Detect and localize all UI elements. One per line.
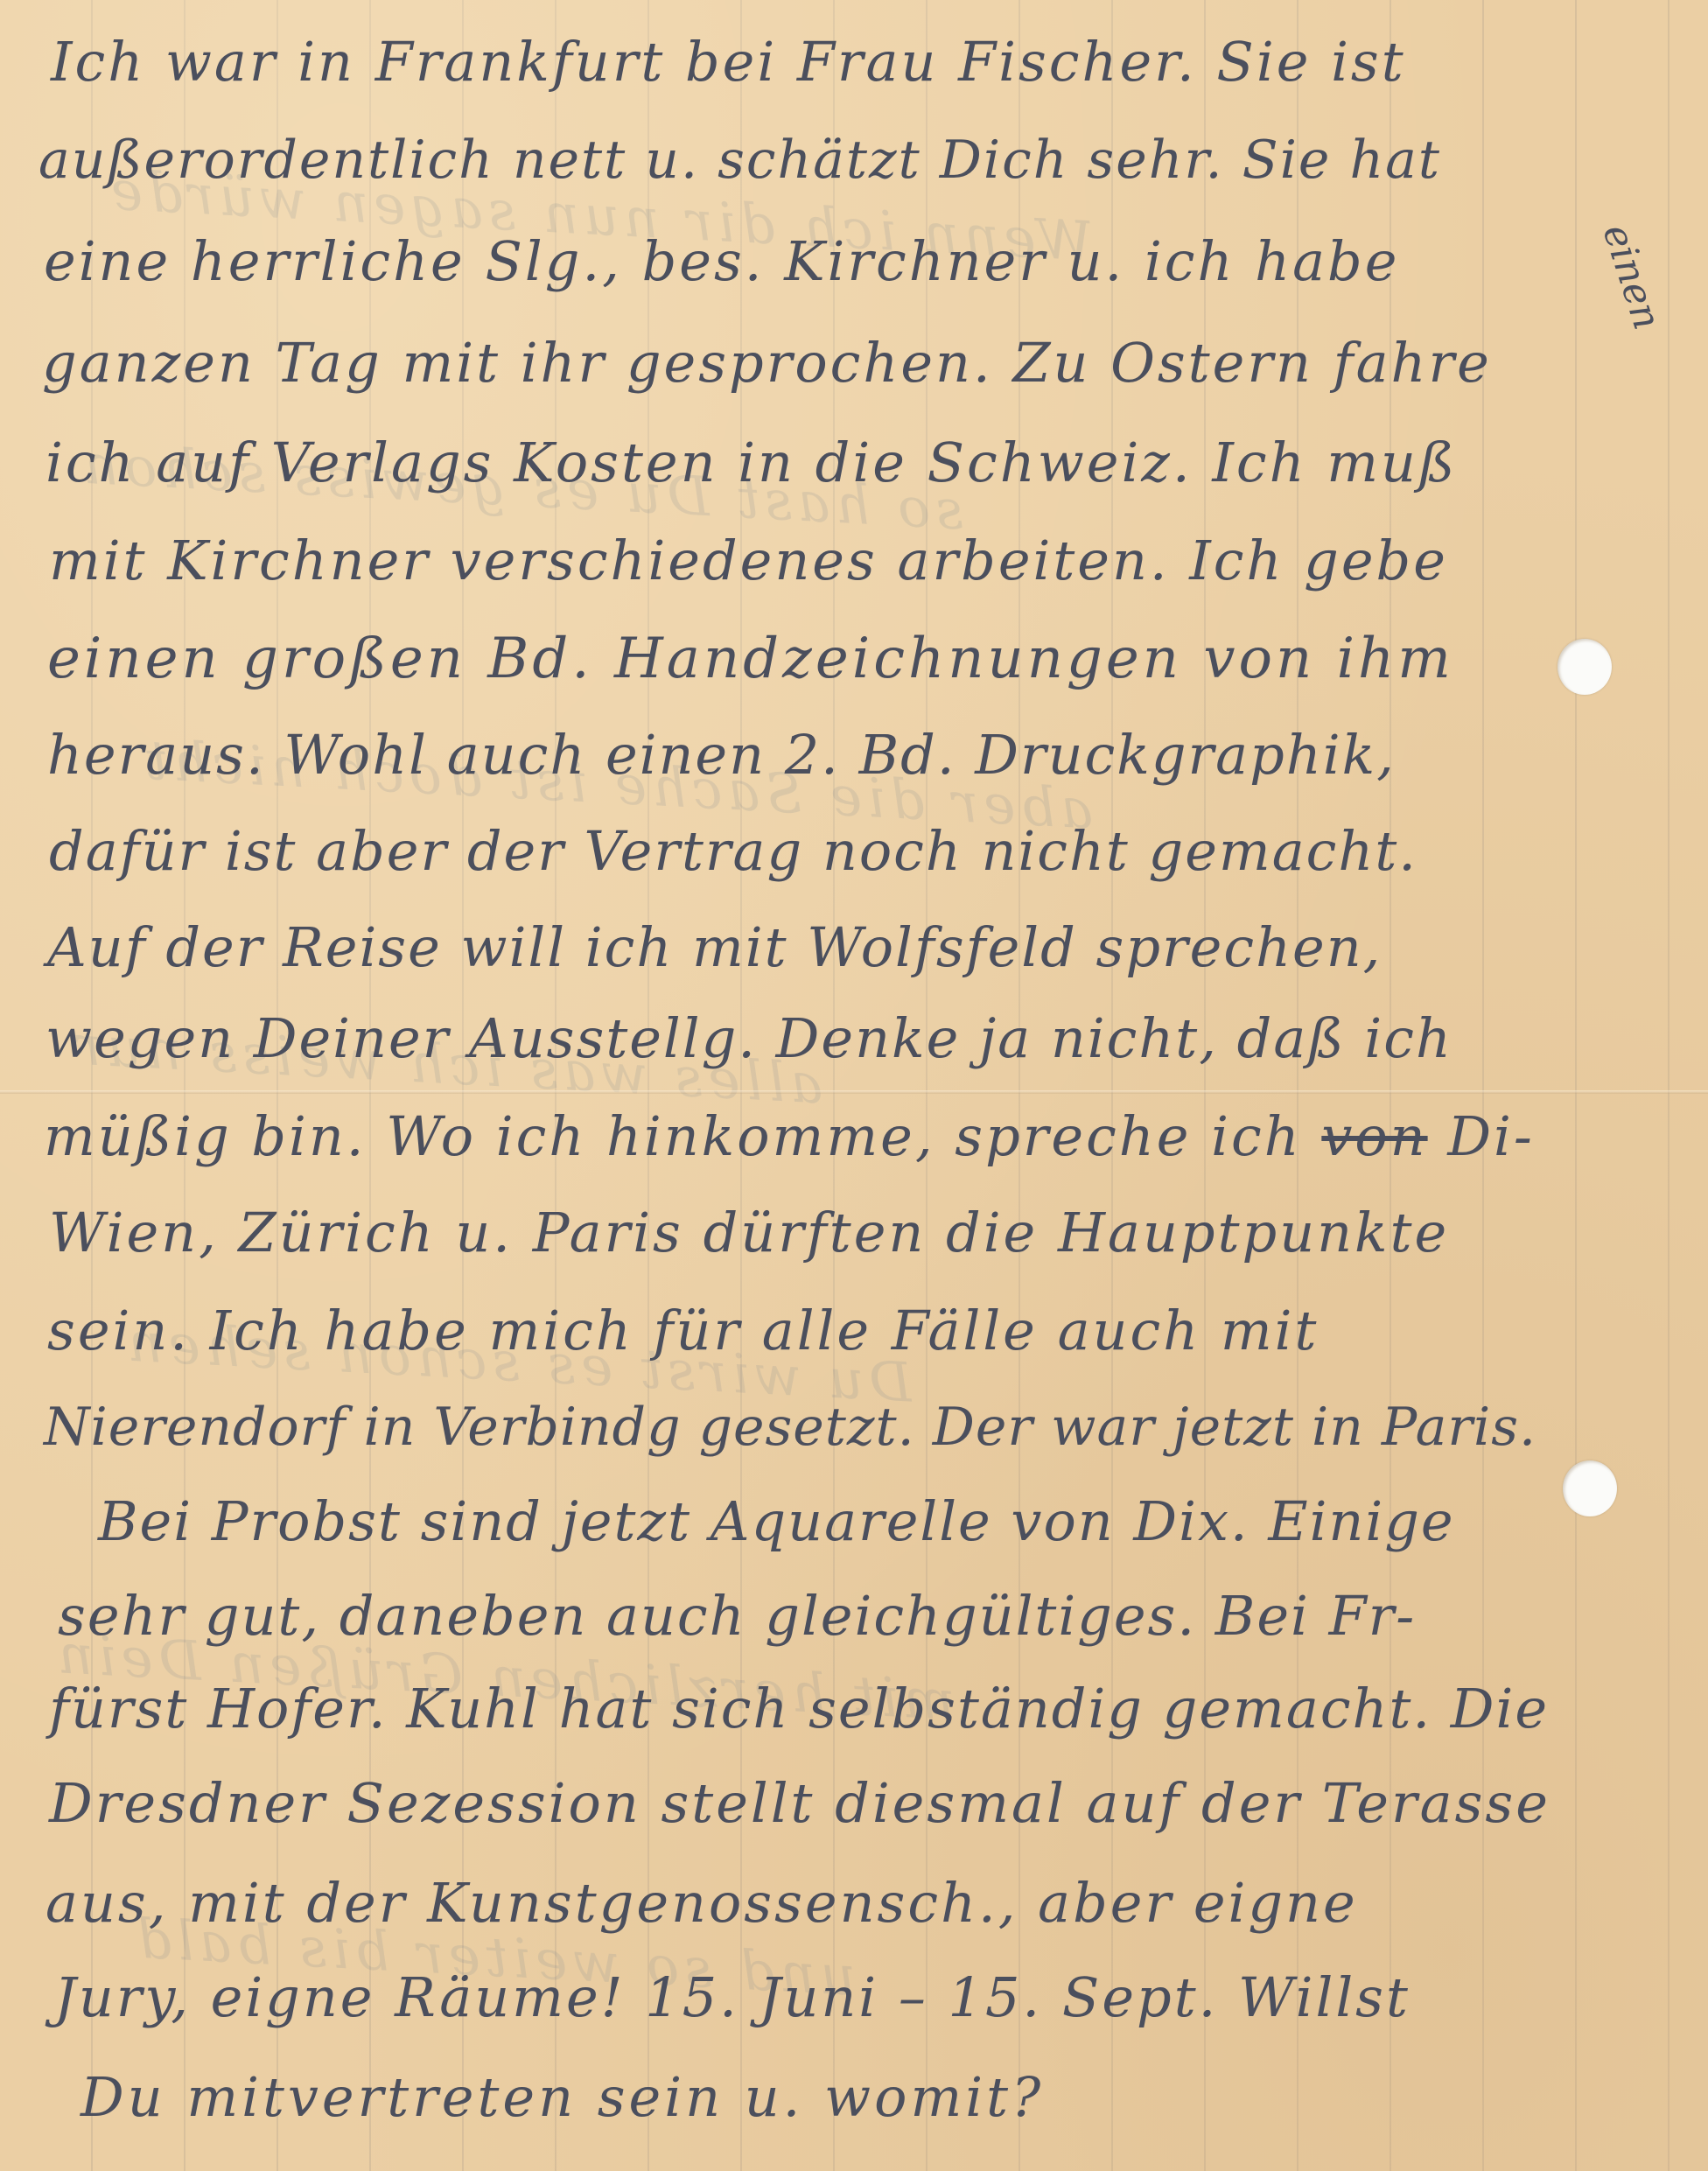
letter-line-8: heraus. Wohl auch einen 2. Bd. Druckgrap… bbox=[47, 723, 1396, 787]
letter-line-4: ganzen Tag mit ihr gesprochen. Zu Ostern… bbox=[42, 331, 1492, 395]
letter-line-9: dafür ist aber der Vertrag noch nicht ge… bbox=[49, 819, 1417, 883]
letter-line-12: müßig bin. Wo ich hinkomme, spreche ich … bbox=[44, 1104, 1535, 1168]
letter-line-16: Bei Probst sind jetzt Aquarelle von Dix.… bbox=[98, 1489, 1455, 1553]
letter-line-6: mit Kirchner verschiedenes arbeiten. Ich… bbox=[49, 529, 1448, 592]
letter-line-13: Wien, Zürich u. Paris dürften die Hauptp… bbox=[49, 1201, 1449, 1264]
letter-line-5: ich auf Verlags Kosten in die Schweiz. I… bbox=[45, 431, 1457, 494]
letter-line-21: Jury, eigne Räume! 15. Juni – 15. Sept. … bbox=[54, 1965, 1410, 2029]
letter-line-22: Du mitvertreten sein u. womit? bbox=[80, 2065, 1044, 2129]
letter-line-20: aus, mit der Kunstgenossensch., aber eig… bbox=[45, 1871, 1358, 1935]
line-12-text-after: Di- bbox=[1428, 1104, 1535, 1168]
letter-line-17: sehr gut, daneben auch gleichgültiges. B… bbox=[58, 1584, 1416, 1648]
punch-hole-lower bbox=[1563, 1460, 1617, 1516]
letter-line-19: Dresdner Sezession stellt diesmal auf de… bbox=[49, 1771, 1550, 1835]
letter-page: Wenn ich dir nun sagen würde so hast Du … bbox=[0, 0, 1708, 2171]
letter-line-3: eine herrliche Slg., bes. Kirchner u. ic… bbox=[44, 229, 1399, 293]
letter-line-18: fürst Hofer. Kuhl hat sich selbständig g… bbox=[49, 1677, 1549, 1740]
letter-line-2: außerordentlich nett u. schätzt Dich seh… bbox=[38, 130, 1441, 191]
line-12-text-before: müßig bin. Wo ich hinkomme, spreche ich bbox=[44, 1104, 1321, 1168]
letter-line-7: einen großen Bd. Handzeichnungen von ihm bbox=[47, 627, 1454, 691]
reverse-side-show-through: Wenn ich dir nun sagen würde so hast Du … bbox=[0, 0, 1708, 2171]
letter-line-14: sein. Ich habe mich für alle Fälle auch … bbox=[47, 1299, 1319, 1362]
struck-word: von bbox=[1321, 1104, 1427, 1168]
letter-line-15: Nierendorf in Verbindg gesetzt. Der war … bbox=[44, 1397, 1536, 1458]
letter-line-1: Ich war in Frankfurt bei Frau Fischer. S… bbox=[51, 30, 1406, 94]
punch-hole-upper bbox=[1557, 639, 1612, 695]
letter-line-10: Auf der Reise will ich mit Wolfsfeld spr… bbox=[47, 915, 1382, 979]
margin-note-einen: einen bbox=[1593, 219, 1669, 335]
letter-line-11: wegen Deiner Ausstellg. Denke ja nicht, … bbox=[45, 1006, 1452, 1070]
fold-crease bbox=[0, 1090, 1708, 1094]
